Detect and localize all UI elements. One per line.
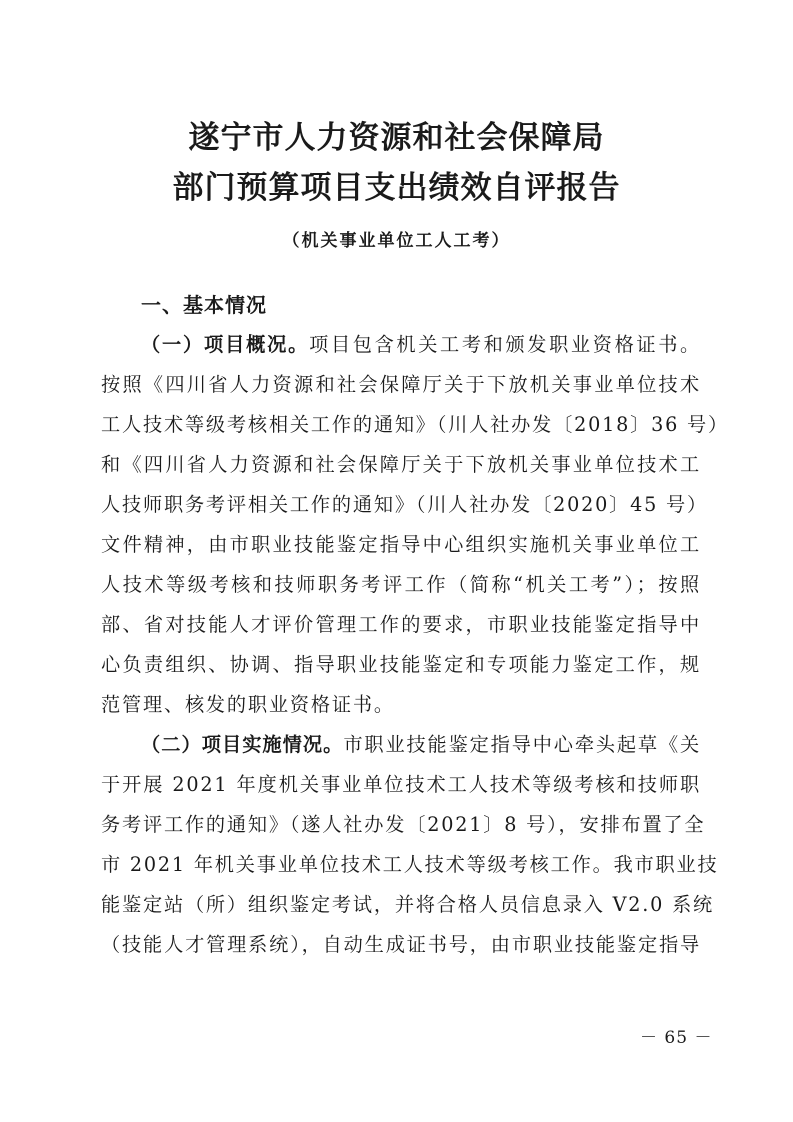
- paragraph-line: 和《四川省人力资源和社会保障厅关于下放机关事业单位技术工: [101, 445, 701, 485]
- paragraph-project-implementation: （二）项目实施情况。市职业技能鉴定指导中心牵头起草《关 于开展 2021 年度机…: [101, 725, 701, 965]
- document-title-line-2: 部门预算项目支出绩效自评报告: [0, 168, 793, 208]
- paragraph-lead-heading: （二）项目实施情况。: [141, 733, 343, 756]
- paragraph-line-text: 市职业技能鉴定指导中心牵头起草《关: [343, 733, 701, 756]
- document-subtitle: （机关事业单位工人工考）: [0, 226, 793, 256]
- page-number: － 65 －: [640, 1023, 712, 1048]
- paragraph-line: 按照《四川省人力资源和社会保障厅关于下放机关事业单位技术: [101, 365, 701, 405]
- section-heading-basic-info: 一、基本情况: [101, 285, 701, 325]
- paragraph-line: 于开展 2021 年度机关事业单位技术工人技术等级考核和技师职: [101, 765, 701, 805]
- paragraph-line: （二）项目实施情况。市职业技能鉴定指导中心牵头起草《关: [101, 725, 701, 765]
- paragraph-line: 范管理、核发的职业资格证书。: [101, 685, 701, 725]
- paragraph-line: 工人技术等级考核相关工作的通知》（川人社办发〔2018〕36 号）: [101, 405, 701, 445]
- document-title-line-1: 遂宁市人力资源和社会保障局: [0, 118, 793, 158]
- paragraph-lead-heading: （一）项目概况。: [141, 333, 309, 356]
- paragraph-line: 市 2021 年机关事业单位技术工人技术等级考核工作。我市职业技: [101, 845, 701, 885]
- paragraph-line-text: 项目包含机关工考和颁发职业资格证书。: [309, 333, 701, 356]
- paragraph-line: 心负责组织、协调、指导职业技能鉴定和专项能力鉴定工作，规: [101, 645, 701, 685]
- paragraph-line: 务考评工作的通知》（遂人社办发〔2021〕8 号），安排布置了全: [101, 805, 701, 845]
- paragraph-line: 能鉴定站（所）组织鉴定考试，并将合格人员信息录入 V2.0 系统: [101, 885, 701, 925]
- paragraph-line: 部、省对技能人才评价管理工作的要求，市职业技能鉴定指导中: [101, 605, 701, 645]
- paragraph-line: 文件精神，由市职业技能鉴定指导中心组织实施机关事业单位工: [101, 525, 701, 565]
- paragraph-line: 人技师职务考评相关工作的通知》（川人社办发〔2020〕45 号）: [101, 485, 701, 525]
- paragraph-line: （技能人才管理系统），自动生成证书号，由市职业技能鉴定指导: [101, 925, 701, 965]
- document-body: 一、基本情况 （一）项目概况。项目包含机关工考和颁发职业资格证书。 按照《四川省…: [101, 285, 701, 965]
- paragraph-line: 人技术等级考核和技师职务考评工作（简称“机关工考”）；按照: [101, 565, 701, 605]
- paragraph-project-overview: （一）项目概况。项目包含机关工考和颁发职业资格证书。 按照《四川省人力资源和社会…: [101, 325, 701, 725]
- paragraph-line: （一）项目概况。项目包含机关工考和颁发职业资格证书。: [101, 325, 701, 365]
